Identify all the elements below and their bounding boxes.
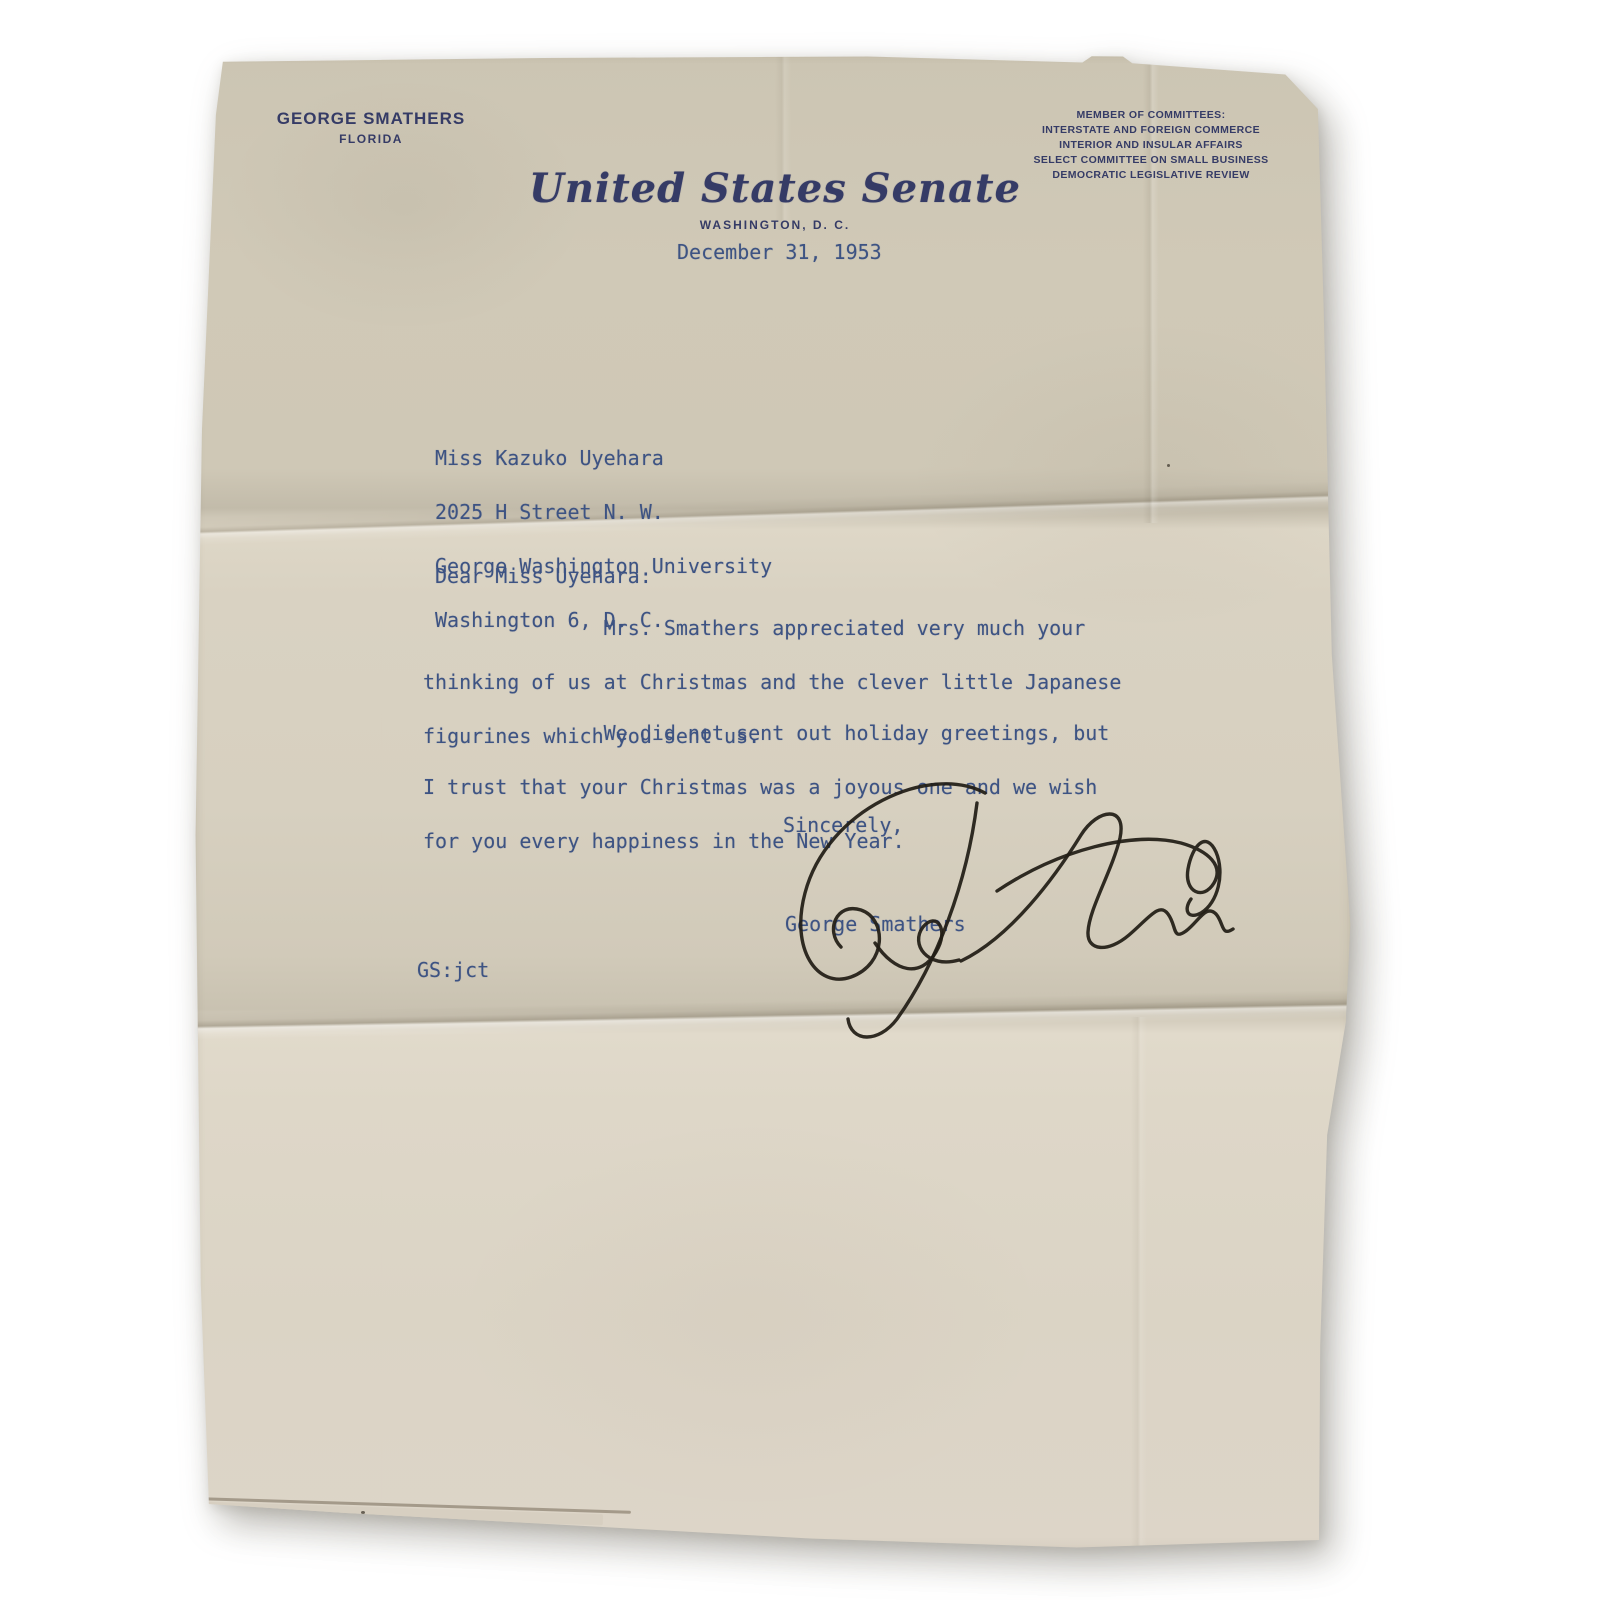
committee-item: INTERIOR AND INSULAR AFFAIRS — [995, 138, 1307, 153]
closing: Sincerely, — [783, 812, 903, 839]
paper-shadow-wrap: GEORGE SMATHERS FLORIDA MEMBER OF COMMIT… — [195, 55, 1355, 1555]
paragraph-2: We did not sent out holiday greetings, b… — [423, 720, 1109, 855]
letterhead-title: United States Senate — [195, 165, 1355, 212]
letter-paper: GEORGE SMATHERS FLORIDA MEMBER OF COMMIT… — [195, 55, 1355, 1555]
recipient-line: Miss Kazuko Uyehara — [435, 446, 664, 470]
recipient-line: 2025 H Street N. W. — [435, 500, 664, 524]
body-line: We did not sent out holiday greetings, b… — [423, 721, 1109, 745]
sender-name: GEORGE SMATHERS — [255, 109, 487, 129]
committee-item: INTERSTATE AND FOREIGN COMMERCE — [995, 123, 1307, 138]
letter-photo: GEORGE SMATHERS FLORIDA MEMBER OF COMMIT… — [0, 0, 1600, 1600]
body-line: I trust that your Christmas was a joyous… — [423, 775, 1097, 799]
letterhead-city: WASHINGTON, D. C. — [195, 218, 1355, 232]
bottom-fold-edge-line — [201, 1497, 631, 1514]
letterhead-sender-block: GEORGE SMATHERS FLORIDA — [255, 109, 487, 146]
sender-state: FLORIDA — [255, 132, 487, 146]
salutation: Dear Miss Uyehara: — [435, 563, 652, 590]
fold-crease-upper — [183, 480, 1367, 546]
committees-heading: MEMBER OF COMMITTEES: — [995, 108, 1307, 123]
vertical-crease-bottom — [1131, 1017, 1147, 1552]
body-line: thinking of us at Christmas and the clev… — [423, 670, 1121, 694]
body-line: Mrs. Smathers appreciated very much your — [423, 616, 1085, 640]
letter-date: December 31, 1953 — [677, 239, 882, 266]
fold-crease-lower — [183, 990, 1367, 1041]
paper-speck — [1167, 464, 1170, 467]
recipient-address-block: Miss Kazuko Uyehara 2025 H Street N. W. … — [435, 445, 772, 634]
bottom-fold-edge-sliver — [203, 1502, 603, 1526]
typed-signature-name: George Smathers — [785, 911, 966, 938]
paper-speck — [361, 1511, 365, 1514]
reference-initials: GS:jct — [417, 957, 489, 984]
